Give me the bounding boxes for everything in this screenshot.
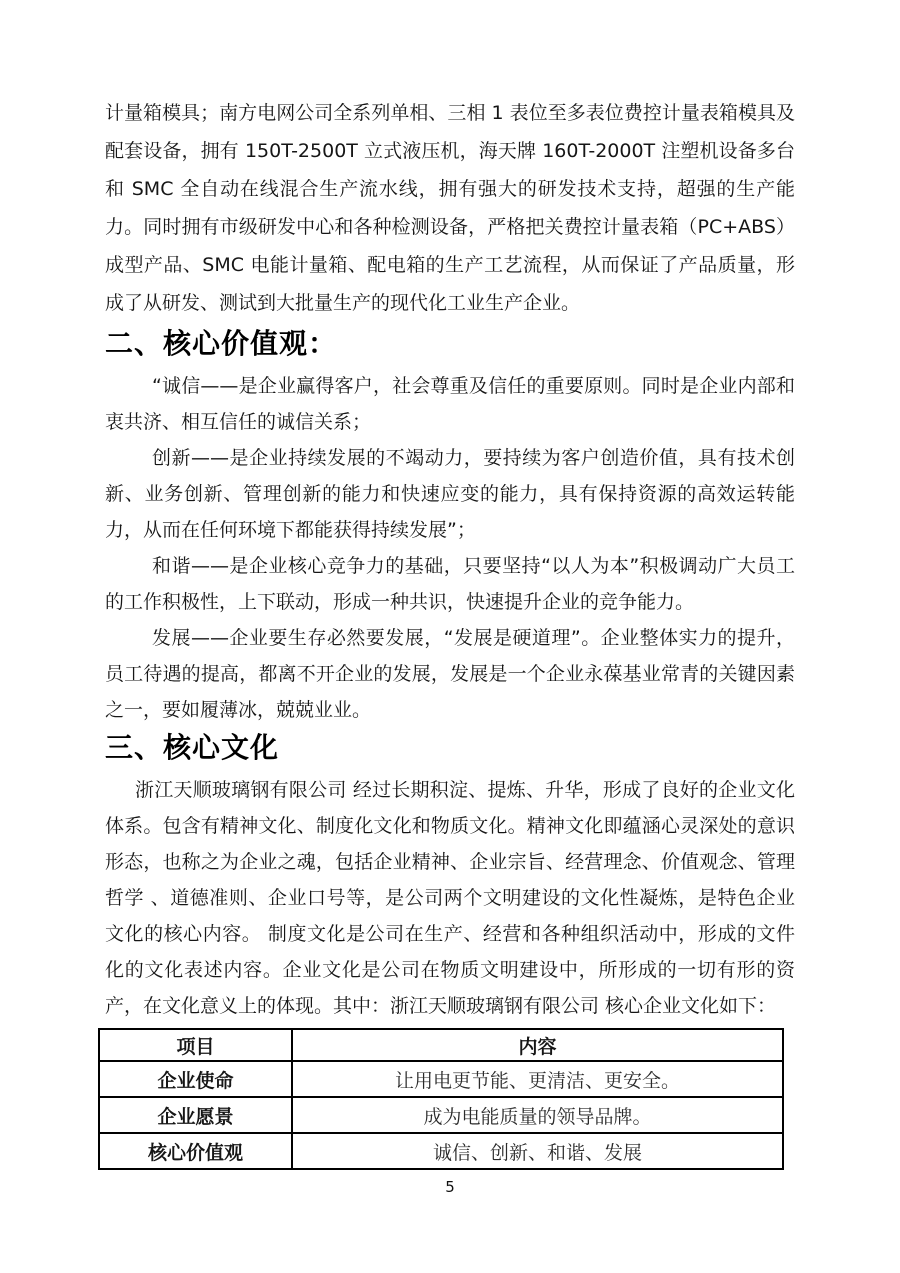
table-row: 核心价值观 诚信、创新、和谐、发展 bbox=[99, 1133, 783, 1169]
row-value-core-values: 诚信、创新、和谐、发展 bbox=[292, 1133, 783, 1169]
paragraph-innovation: 创新——是企业持续发展的不竭动力，要持续为客户创造价值，具有技术创新、业务创新、… bbox=[105, 440, 795, 548]
document-page: 计量箱模具；南方电网公司全系列单相、三相 1 表位至多表位费控计量表箱模具及配套… bbox=[0, 0, 900, 1273]
table-row: 企业愿景 成为电能质量的领导品牌。 bbox=[99, 1097, 783, 1133]
table-header-content: 内容 bbox=[292, 1029, 783, 1061]
paragraph-harmony: 和谐——是企业核心竞争力的基础，只要坚持“以人为本”积极调动广大员工的工作积极性… bbox=[105, 548, 795, 620]
table-row: 企业使命 让用电更节能、更清洁、更安全。 bbox=[99, 1061, 783, 1097]
page-number: 5 bbox=[0, 1178, 900, 1196]
heading-core-values: 二、核心价值观： bbox=[105, 324, 795, 364]
paragraph-culture-overview: 浙江天顺玻璃钢有限公司 经过长期积淀、提炼、升华，形成了良好的企业文化体系。包含… bbox=[105, 772, 795, 1024]
paragraph-integrity: “诚信——是企业赢得客户，社会尊重及信任的重要原则。同时是企业内部和衷共济、相互… bbox=[105, 368, 795, 440]
row-value-vision: 成为电能质量的领导品牌。 bbox=[292, 1097, 783, 1133]
row-value-mission: 让用电更节能、更清洁、更安全。 bbox=[292, 1061, 783, 1097]
row-label-core-values: 核心价值观 bbox=[99, 1133, 292, 1169]
page-content: 计量箱模具；南方电网公司全系列单相、三相 1 表位至多表位费控计量表箱模具及配套… bbox=[105, 94, 795, 1170]
paragraph-development: 发展——企业要生存必然要发展，“发展是硬道理”。企业整体实力的提升，员工待遇的提… bbox=[105, 620, 795, 728]
table-header-row: 项目 内容 bbox=[99, 1029, 783, 1061]
culture-table: 项目 内容 企业使命 让用电更节能、更清洁、更安全。 企业愿景 成为电能质量的领… bbox=[98, 1028, 784, 1170]
row-label-mission: 企业使命 bbox=[99, 1061, 292, 1097]
intro-paragraph: 计量箱模具；南方电网公司全系列单相、三相 1 表位至多表位费控计量表箱模具及配套… bbox=[105, 94, 795, 322]
heading-core-culture: 三、核心文化 bbox=[105, 728, 795, 768]
row-label-vision: 企业愿景 bbox=[99, 1097, 292, 1133]
table-header-item: 项目 bbox=[99, 1029, 292, 1061]
